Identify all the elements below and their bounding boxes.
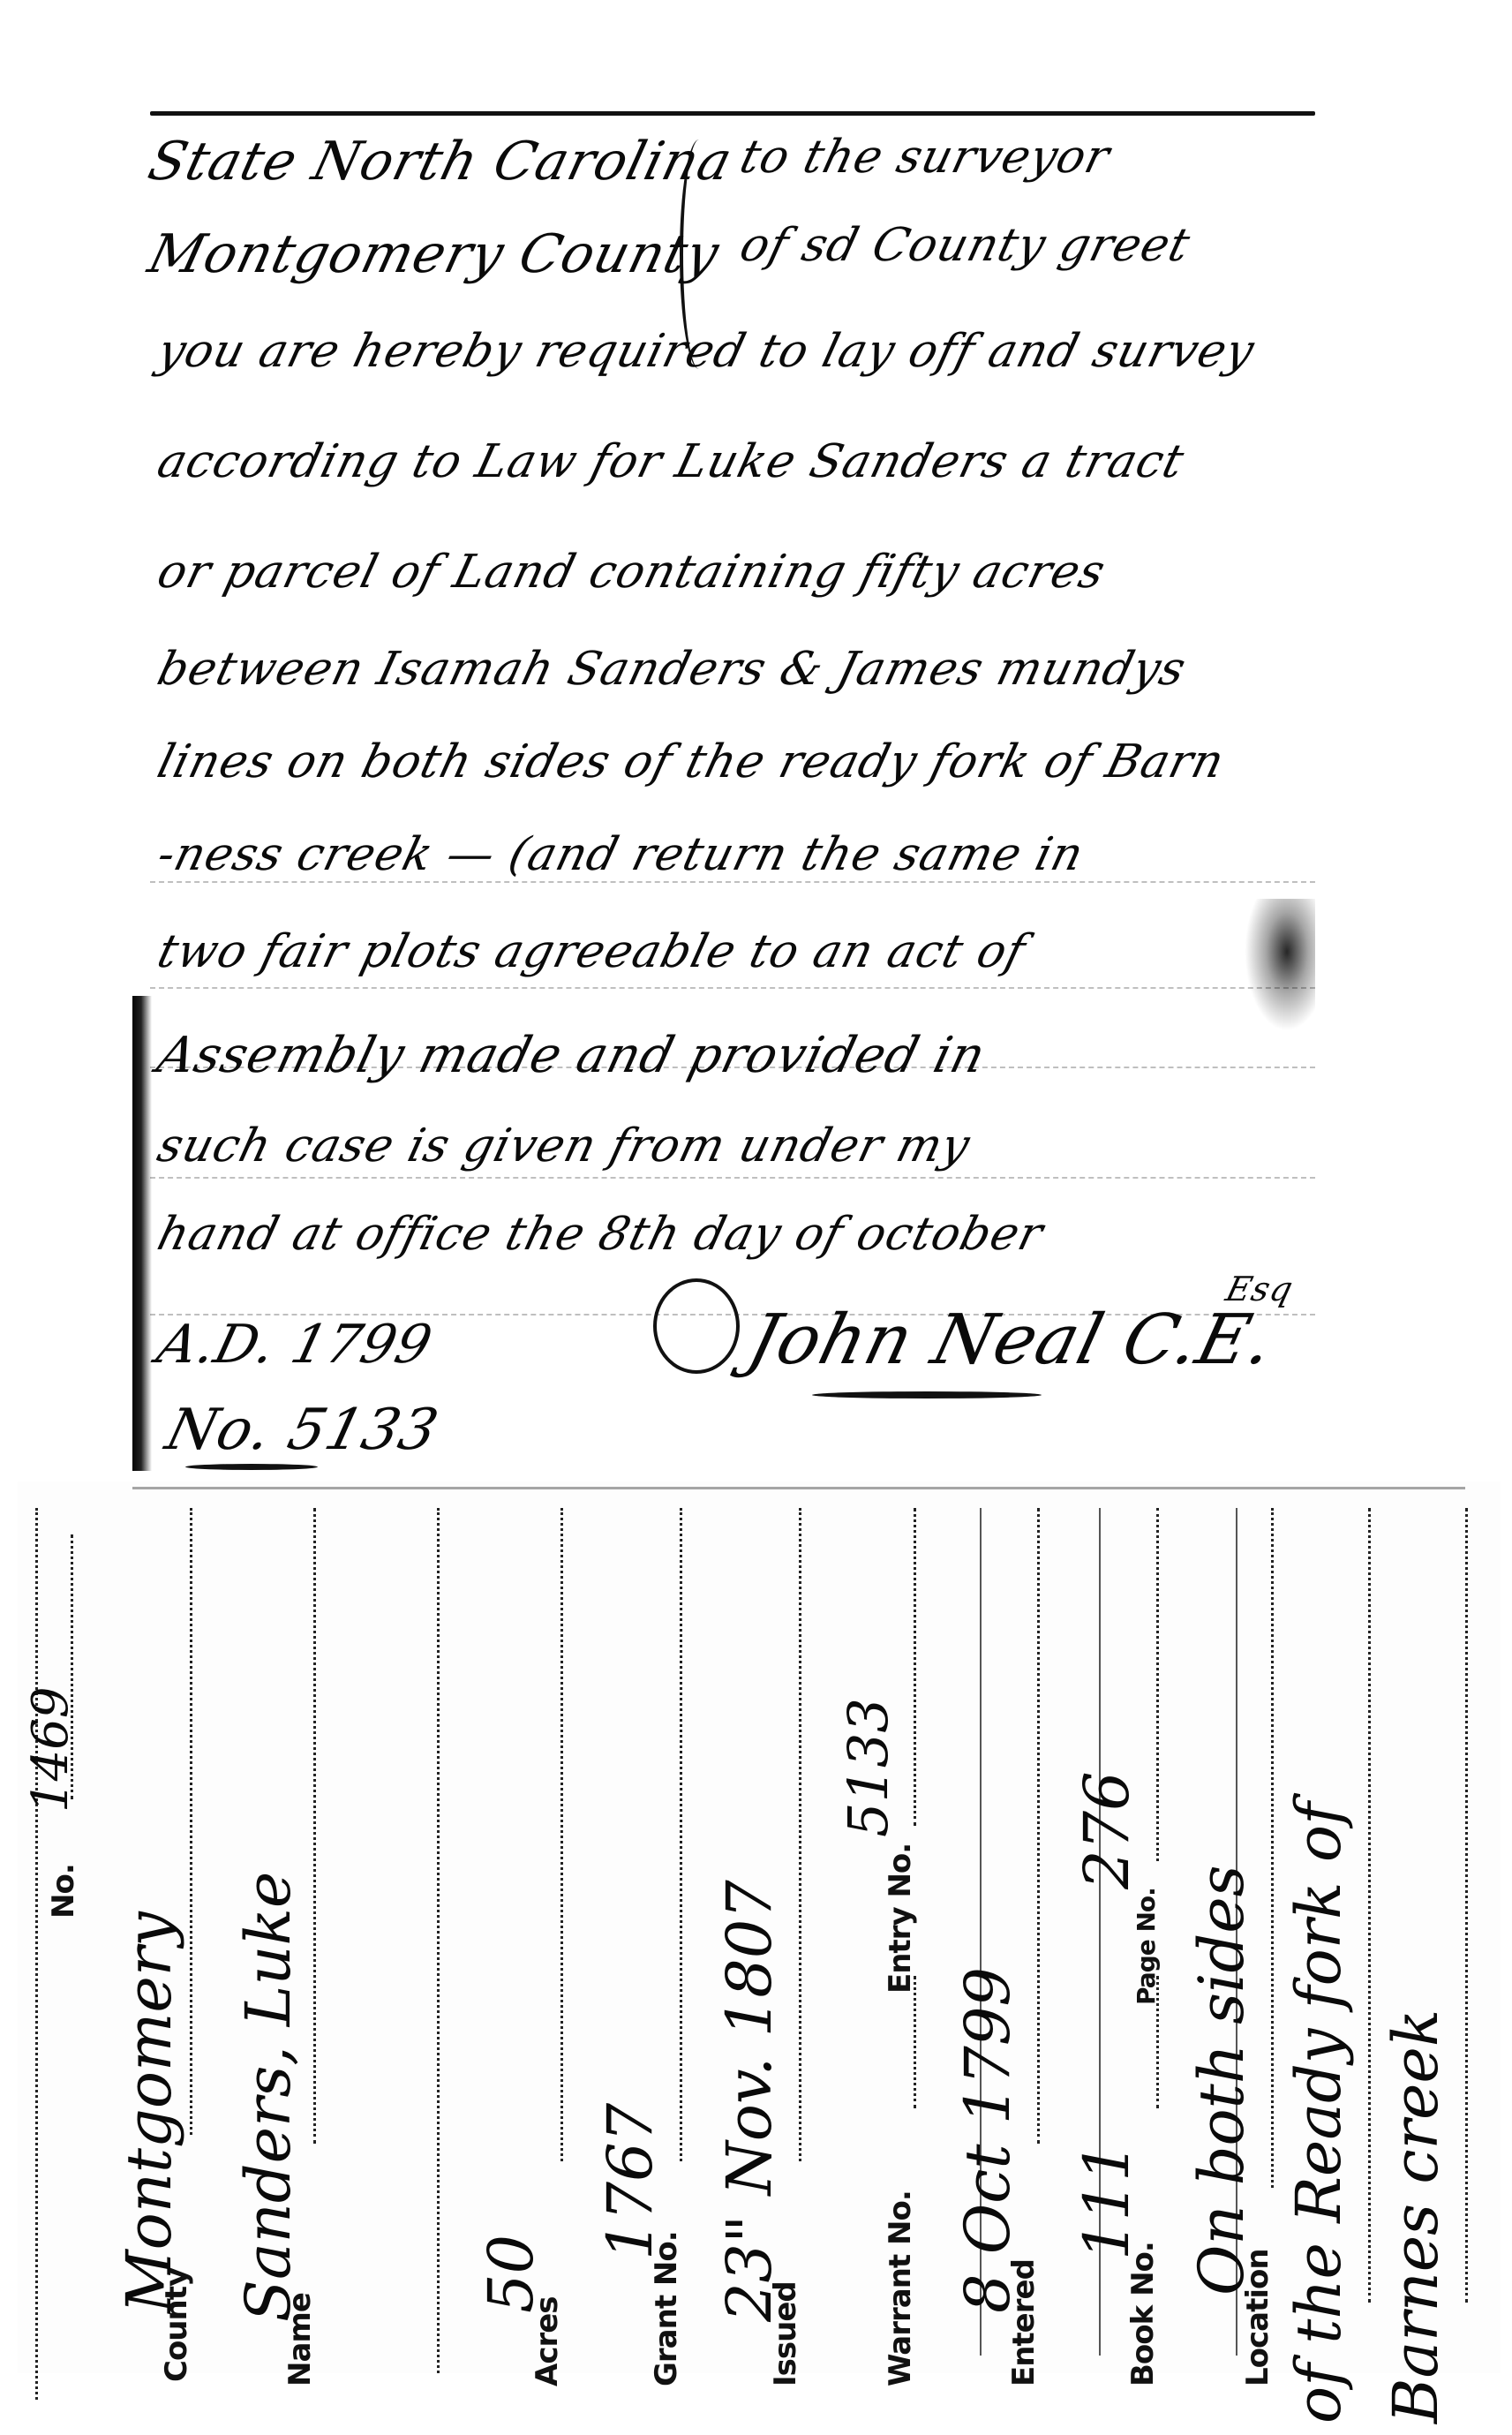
warrant-line: you are hereby required to lay off and s…	[153, 325, 1260, 378]
warrant-line: Montgomery County	[142, 223, 726, 285]
value-county: Montgomery	[113, 1911, 185, 2313]
field-line-page-no	[1156, 1508, 1159, 1861]
warrant-address-line: of sd County greet	[735, 219, 1196, 272]
value-page-no: 276	[1071, 1771, 1143, 1889]
warrant-line: according to Law for Luke Sanders a trac…	[153, 435, 1190, 488]
warrant-line: such case is given from under my	[153, 1119, 976, 1172]
value-location-3: Barnes creek	[1380, 2009, 1452, 2424]
entry-number-underline	[185, 1464, 318, 1470]
value-location-1: On both sides	[1185, 1865, 1258, 2296]
value-acres: 50	[475, 2235, 547, 2313]
faint-ruled-line	[150, 987, 1315, 989]
faint-ruled-line	[150, 881, 1315, 883]
value-grant-no: 1767	[594, 2103, 666, 2260]
value-entered: 8 Oct 1799	[952, 1967, 1024, 2313]
faint-ruled-line	[150, 1177, 1315, 1179]
warrant-line: or parcel of Land containing fifty acres	[153, 546, 1111, 599]
warrant-line: -ness creek — (and return the same in	[153, 828, 1089, 881]
value-book-no: 111	[1071, 2142, 1143, 2260]
warrant-entry-number: No. 5133	[160, 1398, 445, 1463]
label-book-no: Book No.	[1125, 2242, 1161, 2386]
field-line-location-3	[1465, 1508, 1468, 2303]
value-issued: 23" Nov. 1807	[713, 1880, 786, 2322]
signature-suffix: Esq	[1222, 1270, 1298, 1308]
value-name: Sanders, Luke	[232, 1872, 305, 2322]
field-line-location-2	[1368, 1508, 1371, 2303]
warrant-date: A.D. 1799	[151, 1314, 439, 1376]
card-top-edge	[132, 1487, 1465, 1489]
warrant-line: hand at office the 8th day of october	[153, 1208, 1049, 1261]
field-line-grant-no	[680, 1508, 682, 2161]
grant-index-card: No. 1469 County Montgomery Name Sanders,…	[18, 1481, 1501, 2373]
ink-smudge	[1245, 899, 1315, 1031]
warrant-line: between Isamah Sanders & James mundys	[153, 643, 1192, 696]
field-line-location	[1271, 1508, 1274, 2188]
field-line-issued	[799, 1508, 801, 2161]
label-page-no: Page No.	[1132, 1888, 1161, 2005]
scan-edge-shadow	[132, 996, 152, 1471]
label-warrant-no: Warrant No.	[883, 2190, 918, 2386]
warrant-line: State North Carolina	[142, 131, 739, 192]
field-line-name	[313, 1508, 316, 2144]
land-warrant: State North Carolina to the surveyor Mon…	[132, 104, 1315, 1471]
field-line-county	[190, 1508, 192, 2135]
field-line-blank	[437, 1508, 440, 2373]
value-entry-no: 5133	[836, 1698, 900, 1837]
label-no: No.	[46, 1864, 81, 1919]
field-line-entry-no	[914, 1508, 916, 1826]
top-rule	[150, 111, 1315, 116]
label-entry-no: Entry No.	[883, 1843, 918, 1994]
value-no: 1469	[22, 1686, 79, 1813]
card-border-line	[35, 1508, 38, 2400]
field-line-acres	[560, 1508, 563, 2161]
warrant-line: Assembly made and provided in	[152, 1027, 991, 1084]
signature-underline	[812, 1391, 1042, 1398]
warrant-line: two fair plots agreeable to an act of	[153, 925, 1032, 978]
field-line-entered	[1037, 1508, 1040, 2144]
signature: John Neal C.E.	[741, 1300, 1283, 1380]
value-location-2: of the Ready fork of	[1283, 1802, 1355, 2424]
field-line-warrant-no	[914, 1976, 916, 2108]
signature-flourish	[653, 1278, 740, 1374]
warrant-line: lines on both sides of the ready fork of…	[153, 735, 1230, 788]
warrant-address-line: to the surveyor	[735, 131, 1116, 184]
